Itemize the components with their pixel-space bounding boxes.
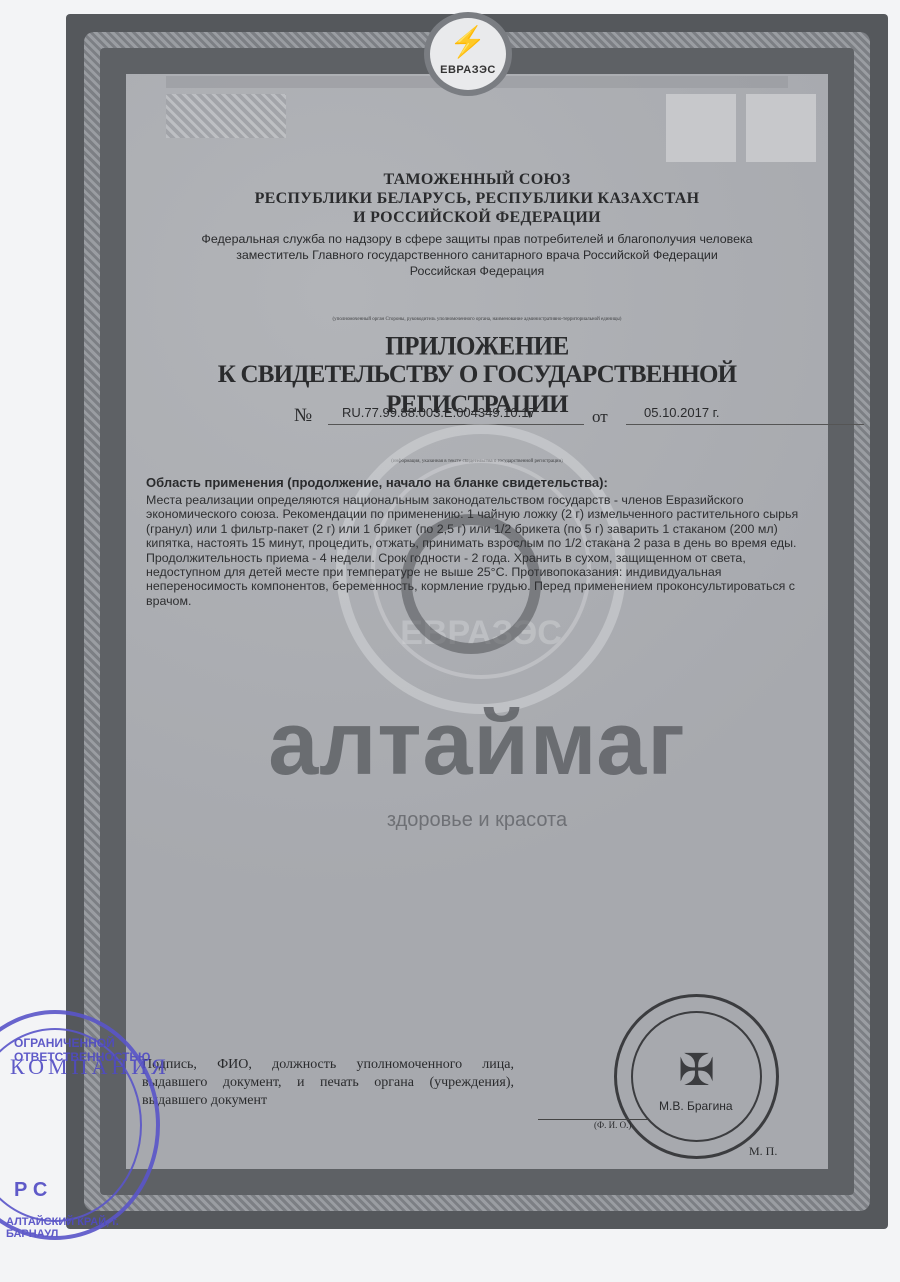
emblem-label: ЕВРАЗЭС [430,64,506,76]
document-title: ПРИЛОЖЕНИЕ [126,331,828,363]
agency-header: Федеральная служба по надзору в сфере за… [126,231,828,279]
brand-watermark: алтаймаг [126,699,828,789]
agency-line: заместитель Главного государственного са… [126,247,828,263]
certificate-frame: ТАМОЖЕННЫЙ СОЮЗ РЕСПУБЛИКИ БЕЛАРУСЬ, РЕС… [66,14,888,1229]
security-box [666,94,736,162]
stamp-text: АЛТАЙСКИЙ КРАЙ, г. БАРНАУЛ [6,1216,156,1240]
security-pattern [166,94,286,138]
registration-number: RU.77.99.88.003.Е.004349.10.17 [328,405,584,425]
signature-line [538,1119,648,1120]
scope-title: Область применения (продолжение, начало … [146,475,608,490]
registration-date: 05.10.2017 г. [626,405,864,425]
agency-line: Российская Федерация [126,263,828,279]
issuer-note: (уполномоченный орган Стороны, руководит… [126,317,828,322]
scope-text: Места реализации определяются национальн… [146,493,806,608]
security-box [746,94,816,162]
union-line: ТАМОЖЕННЫЙ СОЮЗ [126,170,828,189]
certificate-page: ТАМОЖЕННЫЙ СОЮЗ РЕСПУБЛИКИ БЕЛАРУСЬ, РЕС… [126,74,828,1169]
coat-of-arms-icon: ✠ [617,1045,776,1096]
registration-line: № RU.77.99.88.003.Е.004349.10.17 от 05.1… [294,405,854,429]
fio-label: (Ф. И. О.) [594,1120,631,1130]
union-header: ТАМОЖЕННЫЙ СОЮЗ РЕСПУБЛИКИ БЕЛАРУСЬ, РЕС… [126,170,828,227]
official-stamp: ✠ [614,994,779,1159]
brand-slogan: здоровье и красота [126,809,828,832]
seal-label: М. П. [749,1144,777,1159]
number-sign: № [294,405,312,427]
stamp-text: РС [14,1179,53,1202]
union-line: РЕСПУБЛИКИ БЕЛАРУСЬ, РЕСПУБЛИКИ КАЗАХСТА… [126,189,828,208]
signature-caption: Подпись, ФИО, должность уполномоченного … [142,1056,514,1110]
eurasec-emblem: ⚡ ЕВРАЗЭС [424,12,512,96]
eurasec-emblem-icon: ⚡ [430,22,506,64]
from-label: от [592,407,608,427]
signer-name: М.В. Брагина [659,1099,733,1113]
union-line: И РОССИЙСКОЙ ФЕДЕРАЦИИ [126,208,828,227]
agency-line: Федеральная служба по надзору в сфере за… [126,231,828,247]
stamp-text: КОМПАНИЯ [10,1054,170,1080]
